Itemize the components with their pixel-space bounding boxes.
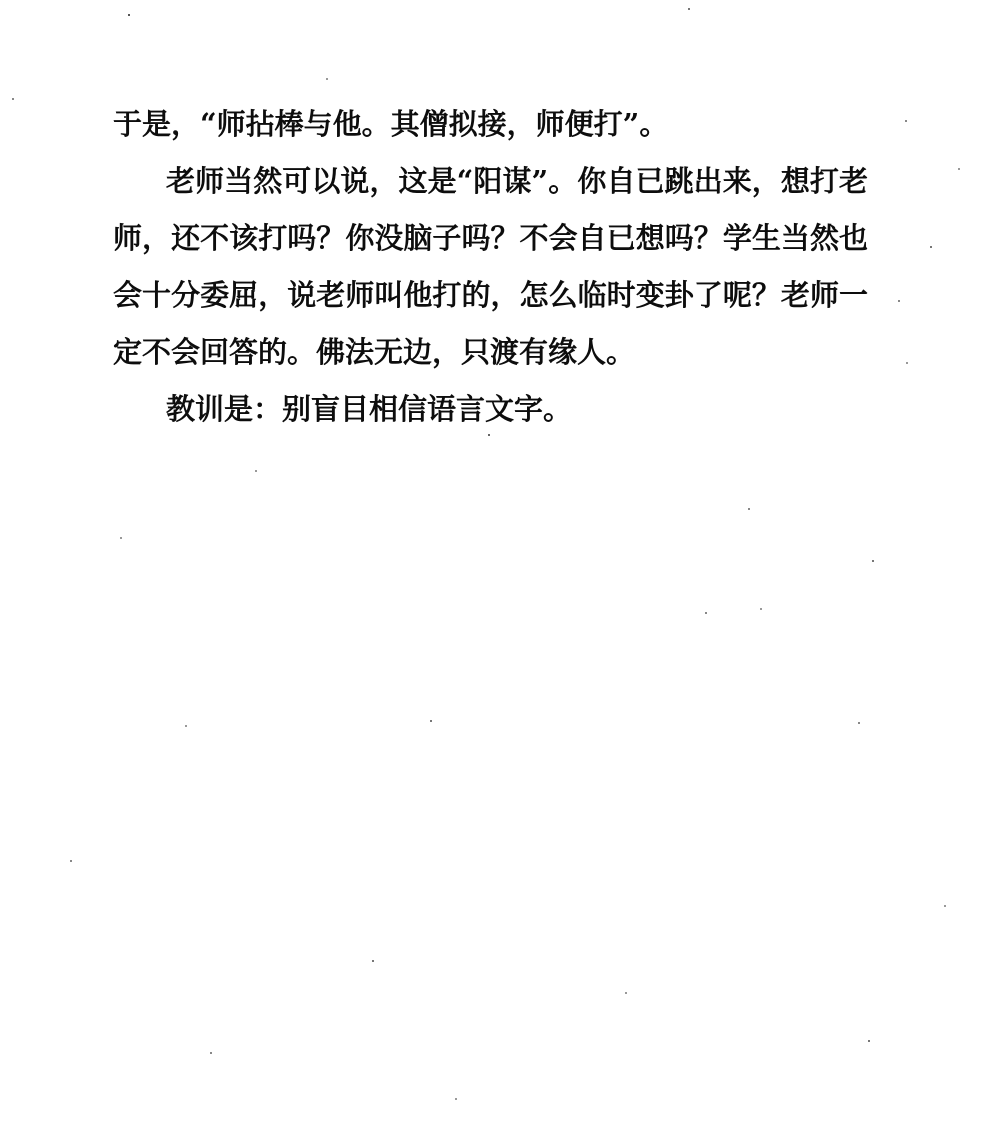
text-line: 师，还不该打吗？你没脑子吗？不会自已想吗？学生当然也 <box>113 210 868 267</box>
scanned-page: 于是，“师拈棒与他。其僧拟接，师便打”。 老师当然可以说，这是“阳谋”。你自已跳… <box>0 0 1004 1130</box>
text-block: 于是，“师拈棒与他。其僧拟接，师便打”。 老师当然可以说，这是“阳谋”。你自已跳… <box>113 96 868 438</box>
text-line: 老师当然可以说，这是“阳谋”。你自已跳出来，想打老 <box>113 153 868 210</box>
scan-noise-specks <box>0 0 2 2</box>
text-line: 于是，“师拈棒与他。其僧拟接，师便打”。 <box>113 96 868 153</box>
text-line: 定不会回答的。佛法无边，只渡有缘人。 <box>113 324 868 381</box>
text-line: 教训是：别盲目相信语言文字。 <box>113 381 868 438</box>
text-line: 会十分委屈，说老师叫他打的，怎么临时变卦了呢？老师一 <box>113 267 868 324</box>
